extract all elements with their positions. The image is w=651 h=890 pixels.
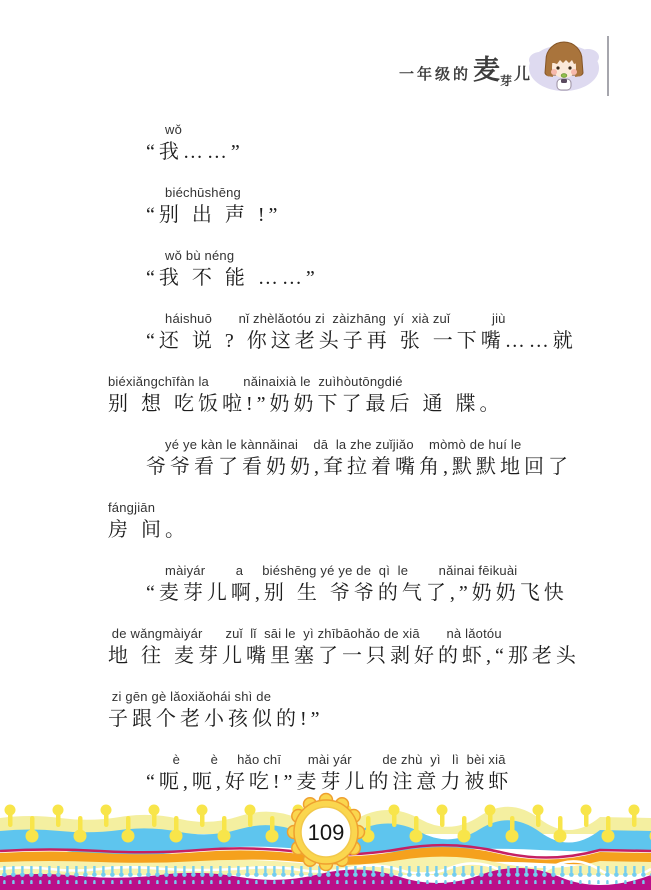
book-title: 一年级的麦芽儿 <box>399 48 530 89</box>
hanzi-text: 爷爷看了看奶奶,耷拉着嘴角,默默地回了 <box>146 455 608 480</box>
pinyin-text: biéchūshēng <box>146 184 608 201</box>
text-line: biéchūshēng “别 出 声 !” <box>108 184 608 247</box>
text-line: zi gēn gè lǎoxiǎohái shì de 子跟个老小孩似的!” <box>108 688 608 751</box>
pinyin-text: wǒ bù néng <box>146 247 608 264</box>
pinyin-text: wǒ <box>146 121 608 138</box>
text-column: wǒ “我……” biéchūshēng “别 出 声 !” wǒ bù nén… <box>108 121 608 814</box>
bottom-decorative-border: 109 <box>0 790 651 890</box>
text-line: biéxiǎngchīfàn la nǎinaixià le zuìhòutōn… <box>108 373 608 436</box>
book-page: 一年级的麦芽儿 wǒ “我……” biéc <box>0 0 651 890</box>
girl-avatar-illustration <box>527 34 601 98</box>
header-divider-line <box>607 36 609 96</box>
text-line: wǒ bù néng “我 不 能 ……” <box>108 247 608 310</box>
blush-right <box>571 69 577 75</box>
pinyin-text: de wǎngmàiyár zuǐ lǐ sāi le yì zhībāohǎo… <box>108 625 608 642</box>
hanzi-text: “麦芽儿啊,别 生 爷爷的气了,”奶奶飞快 <box>146 581 608 606</box>
hanzi-text: 房 间。 <box>108 518 608 543</box>
hanzi-text: 地 往 麦芽儿嘴里塞了一只剥好的虾,“那老头 <box>108 644 608 669</box>
pinyin-text: yé ye kàn le kànnǎinai dā la zhe zuǐjiǎo… <box>146 436 608 453</box>
pinyin-text: biéxiǎngchīfàn la nǎinaixià le zuìhòutōn… <box>108 373 608 390</box>
text-line: wǒ “我……” <box>108 121 608 184</box>
blush-left <box>551 69 557 75</box>
text-line: háishuō nǐ zhèlǎotóu zi zàizhāng yí xià … <box>108 310 608 373</box>
book-title-main-char: 麦 <box>473 55 500 85</box>
pinyin-text: è è hǎo chī mài yár de zhù yì lì bèi xiā <box>146 751 608 768</box>
text-line: fángjiān 房 间。 <box>108 499 608 562</box>
collar <box>561 79 567 83</box>
hanzi-text: “还 说 ? 你这老头子再 张 一下嘴……就 <box>146 329 608 354</box>
text-line: màiyár a biéshēng yé ye de qì le nǎinai … <box>108 562 608 625</box>
hanzi-text: 子跟个老小孩似的!” <box>108 707 608 732</box>
pinyin-text: zi gēn gè lǎoxiǎohái shì de <box>108 688 608 705</box>
girl-illustration-svg <box>527 34 601 96</box>
pinyin-text: fángjiān <box>108 499 608 516</box>
book-title-prefix: 一年级的 <box>399 67 471 83</box>
page-number: 109 <box>308 820 345 845</box>
mouth <box>561 74 567 78</box>
hanzi-text: “别 出 声 !” <box>146 203 608 228</box>
text-line: de wǎngmàiyár zuǐ lǐ sāi le yì zhībāohǎo… <box>108 625 608 688</box>
book-title-sub-char: 芽 <box>500 74 512 88</box>
eye-left <box>556 66 559 69</box>
hanzi-text: “我 不 能 ……” <box>146 266 608 291</box>
hanzi-text: “我……” <box>146 140 608 165</box>
pinyin-text: màiyár a biéshēng yé ye de qì le nǎinai … <box>146 562 608 579</box>
eye-right <box>568 66 571 69</box>
text-line: yé ye kàn le kànnǎinai dā la zhe zuǐjiǎo… <box>108 436 608 499</box>
pinyin-text: háishuō nǐ zhèlǎotóu zi zàizhāng yí xià … <box>146 310 608 327</box>
hanzi-text: 别 想 吃饭啦!”奶奶下了最后 通 牒。 <box>108 392 608 417</box>
